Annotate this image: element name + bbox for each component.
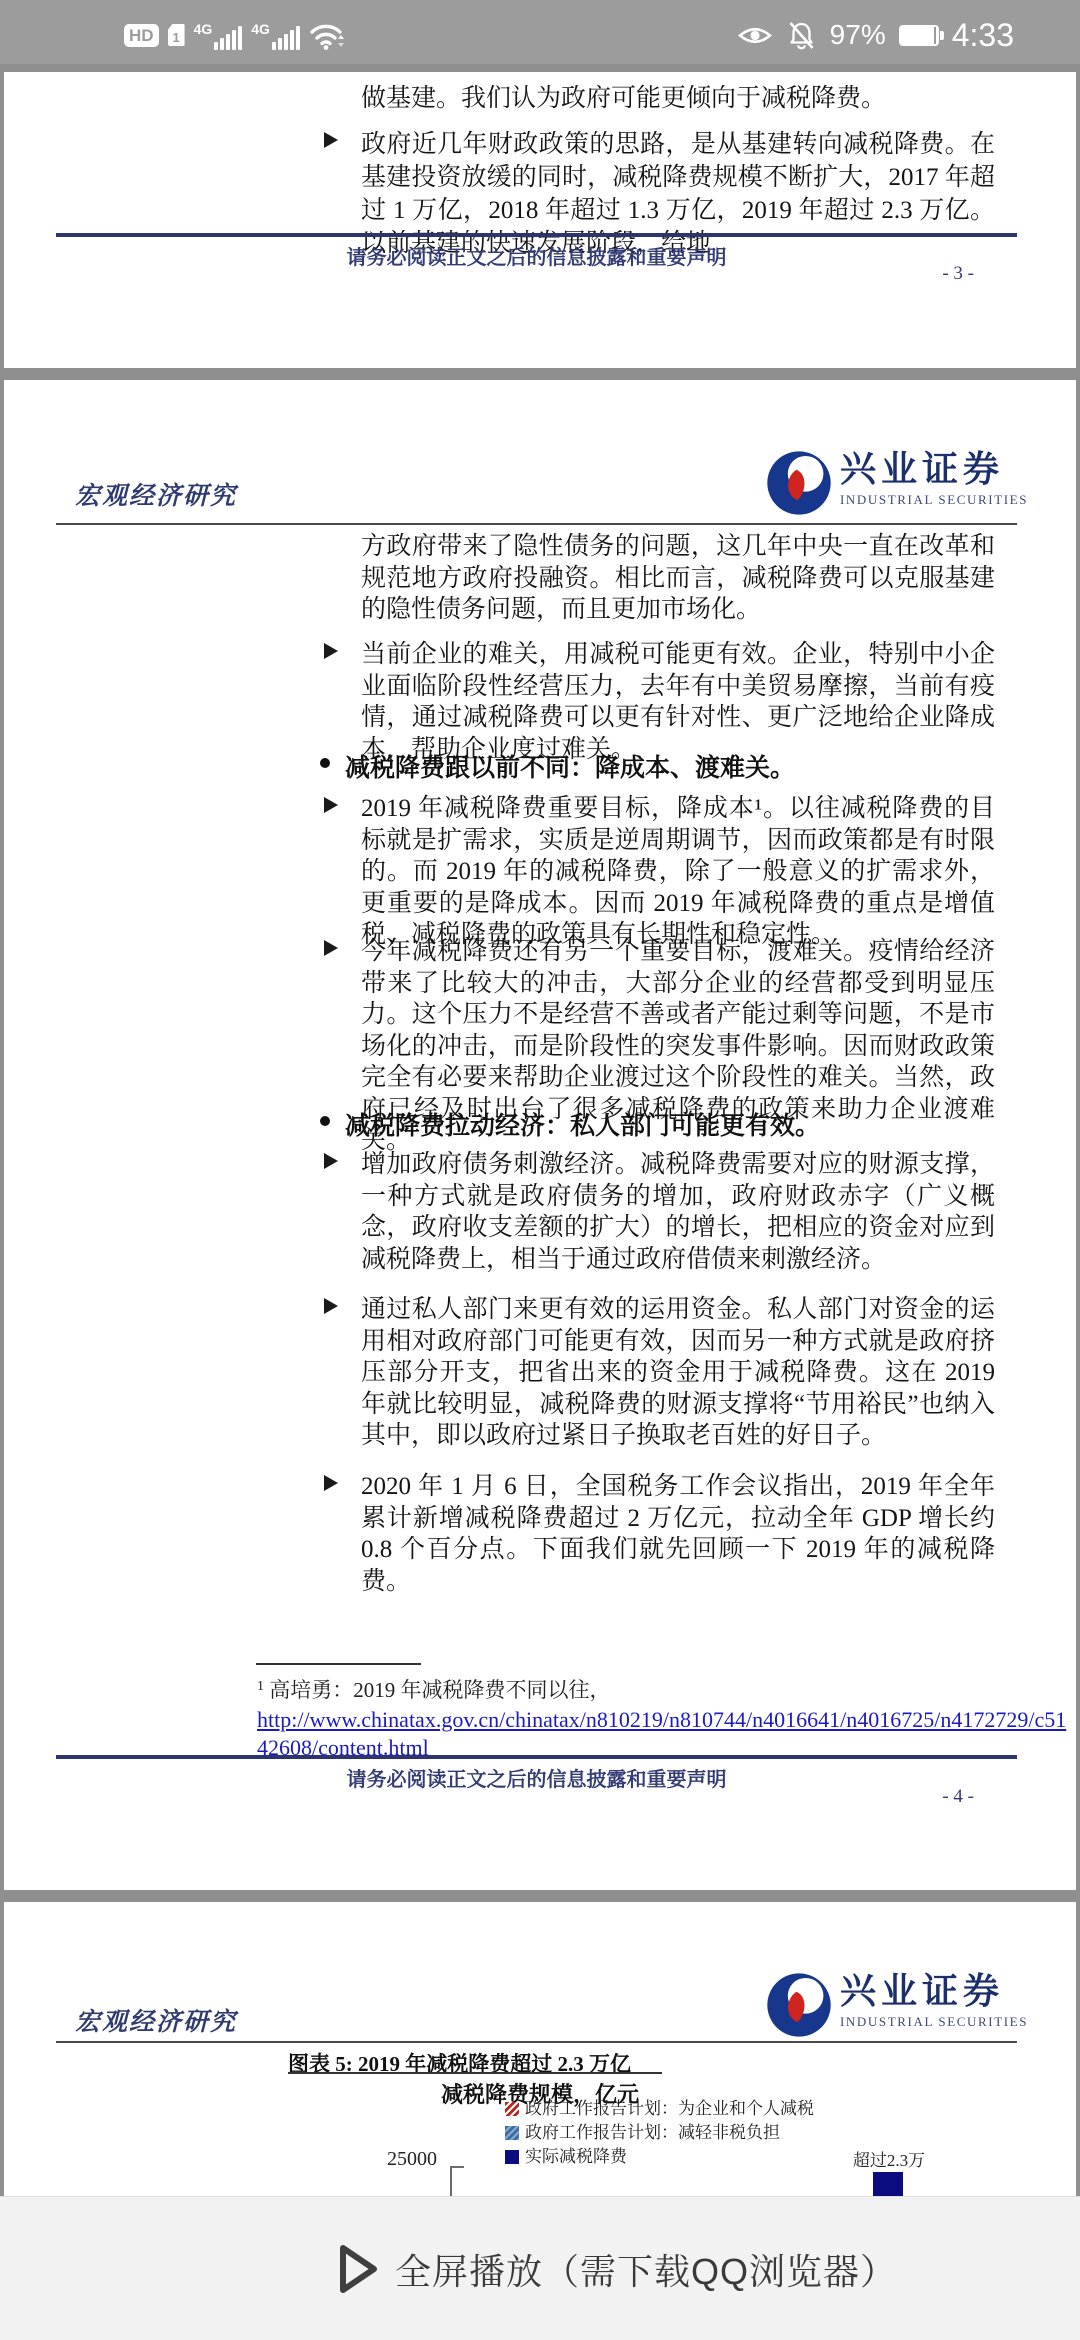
legend-swatch-blue-hatched-icon (505, 2126, 519, 2140)
footnote-text: 1 高培勇：2019 年减税降费不同以往， (257, 1674, 611, 1704)
brand-text: 兴业证券 INDUSTRIAL SECURITIES (840, 1972, 1028, 2038)
volte-hd-icon: HD (124, 24, 159, 47)
play-icon[interactable] (335, 2241, 381, 2297)
brand-swirl-icon (766, 1972, 832, 2038)
signal-sim2: 4G (251, 20, 300, 50)
arrow-bullet-icon (324, 132, 338, 148)
footnote-divider (256, 1663, 421, 1665)
legend-label: 政府工作报告计划：减轻非税负担 (525, 2124, 780, 2141)
signal-sim1: 4G (194, 20, 243, 50)
signal-bars-icon (272, 24, 300, 50)
brand-name-en: INDUSTRIAL SECURITIES (840, 2014, 1028, 2030)
y-axis-tick-label: 25000 (359, 2148, 437, 2171)
bar-actual-2019 (873, 2172, 903, 2196)
body-paragraph: 增加政府债务刺激经济。减税降费需要对应的财源支撑，一种方式就是政府债务的增加，政… (361, 1149, 995, 1275)
body-paragraph: 做基建。我们认为政府可能更倾向于减税降费。 (361, 82, 995, 115)
arrow-bullet-icon (324, 797, 338, 813)
footer-divider (56, 233, 1017, 237)
fullscreen-play-bar[interactable]: 全屏播放（需下载QQ浏览器） (0, 2196, 1080, 2340)
y-axis-line (450, 2166, 464, 2196)
footer-divider (56, 1755, 1017, 1759)
pdf-page-4: 宏观经济研究 兴业证券 INDUSTRIAL SECURITIES 方政府带来了… (4, 380, 1076, 1890)
brand-logo: 兴业证券 INDUSTRIAL SECURITIES (766, 450, 1028, 516)
section-bullet-heading: 减税降费拉动经济：私人部门可能更有效。 (345, 1106, 995, 1142)
network-type-label: 4G (194, 22, 213, 36)
dot-bullet-icon (320, 758, 330, 768)
page-number: - 3 - (884, 263, 974, 285)
status-bar: HD 1 4G 4G 97% 4:33 (0, 0, 1080, 64)
pdf-scroll-area[interactable]: 做基建。我们认为政府可能更倾向于减税降费。 政府近几年财政政策的思路，是从基建转… (0, 64, 1080, 2196)
page-number: - 4 - (884, 1786, 974, 1808)
brand-text: 兴业证券 INDUSTRIAL SECURITIES (840, 450, 1028, 516)
status-bar-right: 97% 4:33 (737, 17, 1014, 54)
play-row[interactable]: 全屏播放（需下载QQ浏览器） (335, 2241, 897, 2297)
footnote-body: 高培勇：2019 年减税降费不同以往， (269, 1678, 610, 1702)
network-type-label: 4G (251, 22, 270, 36)
legend-swatch-red-hatched-icon (505, 2102, 519, 2116)
header-divider (56, 523, 1017, 525)
legend-label: 实际减税降费 (525, 2148, 627, 2165)
pdf-page-3: 做基建。我们认为政府可能更倾向于减税降费。 政府近几年财政政策的思路，是从基建转… (4, 72, 1076, 368)
arrow-bullet-icon (324, 1153, 338, 1169)
section-bullet-heading: 减税降费跟以前不同：降成本、渡难关。 (345, 748, 995, 784)
arrow-bullet-icon (324, 1298, 338, 1314)
legend-item: 政府工作报告计划：为企业和个人减税 (505, 2100, 814, 2117)
header-divider (56, 2041, 1017, 2043)
signal-bars-icon (214, 24, 242, 50)
arrow-bullet-icon (324, 643, 338, 659)
arrow-bullet-icon (324, 1475, 338, 1491)
disclosure-footer: 请务必阅读正文之后的信息披露和重要声明 (56, 241, 1017, 270)
body-paragraph: 当前企业的难关，用减税可能更有效。企业，特别中小企业面临阶段性经营压力，去年有中… (361, 639, 995, 765)
brand-swirl-icon (766, 450, 832, 516)
legend-item: 政府工作报告计划：减轻非税负担 (505, 2124, 780, 2141)
brand-name-cn: 兴业证券 (840, 1972, 1028, 2012)
report-category-label: 宏观经济研究 (75, 476, 237, 512)
brand-name-cn: 兴业证券 (840, 450, 1028, 490)
clock-label: 4:33 (952, 17, 1014, 54)
brand-logo: 兴业证券 INDUSTRIAL SECURITIES (766, 1972, 1028, 2038)
footnote-link-line1[interactable]: http://www.chinatax.gov.cn/chinatax/n810… (257, 1707, 1066, 1733)
disclosure-footer: 请务必阅读正文之后的信息披露和重要声明 (56, 1763, 1017, 1792)
body-paragraph: 2019 年减税降费重要目标，降成本¹。以往减税降费的目标就是扩需求，实质是逆周… (361, 793, 995, 951)
body-paragraph: 通过私人部门来更有效的运用资金。私人部门对资金的运用相对政府部门可能更有效，因而… (361, 1294, 995, 1452)
dot-bullet-icon (320, 1116, 330, 1126)
eye-comfort-icon (737, 22, 773, 49)
pdf-page-5: 宏观经济研究 兴业证券 INDUSTRIAL SECURITIES 图表 5: … (4, 1902, 1076, 2196)
sim-card-icon: 1 (168, 24, 185, 46)
battery-icon (899, 25, 939, 46)
brand-name-en: INDUSTRIAL SECURITIES (840, 492, 1028, 508)
legend-swatch-navy-icon (505, 2150, 519, 2164)
wifi-icon (309, 19, 345, 51)
status-bar-left: HD 1 4G 4G (124, 19, 345, 51)
fullscreen-play-label: 全屏播放（需下载QQ浏览器） (395, 2244, 897, 2295)
footnote-marker: 1 (257, 1679, 264, 1694)
bar-annotation: 超过2.3万 (843, 2146, 935, 2171)
body-paragraph: 2020 年 1 月 6 日，全国税务工作会议指出，2019 年全年累计新增减税… (361, 1471, 995, 1597)
legend-label: 政府工作报告计划：为企业和个人减税 (525, 2100, 814, 2117)
figure-caption-underline (288, 2072, 662, 2074)
arrow-bullet-icon (324, 940, 338, 956)
legend-item: 实际减税降费 (505, 2148, 627, 2165)
report-category-label: 宏观经济研究 (75, 2002, 237, 2038)
battery-percent-label: 97% (830, 19, 886, 51)
notifications-muted-bell-icon (786, 20, 817, 51)
body-paragraph: 方政府带来了隐性债务的问题，这几年中央一直在改革和规范地方政府投融资。相比而言，… (361, 531, 995, 626)
